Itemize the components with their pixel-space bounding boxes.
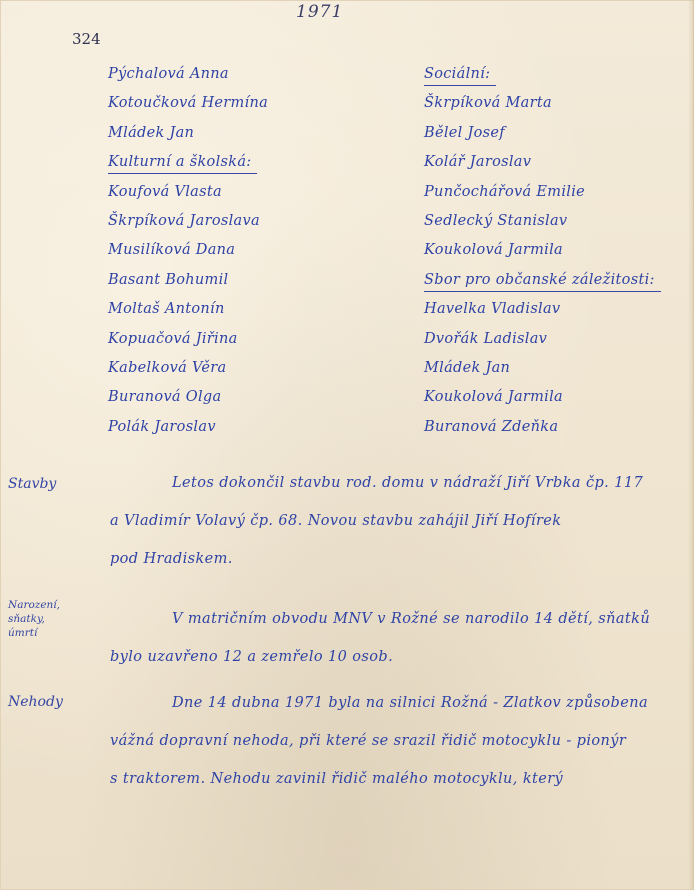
civic-affairs-heading: Sbor pro občanské záležitosti: (424, 269, 661, 292)
list-item: Kabelková Věra (108, 354, 268, 383)
list-item: Buranová Zdeňka (424, 413, 661, 442)
list-item: Musilíková Dana (108, 236, 268, 265)
chronicle-page: 1971 324 Pýchalová Anna Kotoučková Hermí… (0, 0, 694, 890)
list-item: Kolář Jaroslav (424, 148, 661, 177)
list-item: Škrpíková Marta (424, 89, 661, 118)
buildings-paragraph: Letos dokončil stavbu rod. domu v nádraž… (110, 464, 670, 578)
paragraph-line: Letos dokončil stavbu rod. domu v nádraž… (110, 464, 670, 502)
list-item: Koukolová Jarmila (424, 383, 661, 412)
paragraph-line: Dne 14 dubna 1971 byla na silnici Rožná … (110, 684, 670, 722)
paragraph-line: vážná dopravní nehoda, při které se sraz… (110, 722, 670, 760)
buildings-margin-label: Stavby (8, 476, 56, 492)
paragraph-line: bylo uzavřeno 12 a zemřelo 10 osob. (110, 638, 670, 676)
list-item: Havelka Vladislav (424, 295, 661, 324)
list-item: Koufová Vlasta (108, 178, 268, 207)
page-number: 324 (72, 30, 101, 48)
births-paragraph: V matričním obvodu MNV v Rožné se narodi… (110, 600, 670, 676)
right-name-column: Sociální: Škrpíková Marta Bělel Josef Ko… (424, 60, 661, 442)
list-item: Punčochářová Emilie (424, 178, 661, 207)
paragraph-line: pod Hradiskem. (110, 540, 670, 578)
page-year: 1971 (296, 2, 343, 22)
list-item: Škrpíková Jaroslava (108, 207, 268, 236)
paragraph-line: V matričním obvodu MNV v Rožné se narodi… (110, 600, 670, 638)
accidents-paragraph: Dne 14 dubna 1971 byla na silnici Rožná … (110, 684, 670, 798)
list-item: Kotoučková Hermína (108, 89, 268, 118)
births-margin-label: Narození, sňatky, úmrtí (8, 598, 68, 640)
list-item: Buranová Olga (108, 383, 268, 412)
list-item: Mládek Jan (108, 119, 268, 148)
paragraph-line: a Vladimír Volavý čp. 68. Novou stavbu z… (110, 502, 670, 540)
list-item: Moltaš Antonín (108, 295, 268, 324)
list-item: Pýchalová Anna (108, 60, 268, 89)
list-item: Mládek Jan (424, 354, 661, 383)
list-item: Polák Jaroslav (108, 413, 268, 442)
culture-committee-heading: Kulturní a školská: (108, 151, 257, 174)
list-item: Dvořák Ladislav (424, 325, 661, 354)
list-item: Sedlecký Stanislav (424, 207, 661, 236)
social-committee-heading: Sociální: (424, 63, 496, 86)
paragraph-line: s traktorem. Nehodu zavinil řidič malého… (110, 760, 670, 798)
accidents-margin-label: Nehody (8, 694, 63, 710)
left-name-column: Pýchalová Anna Kotoučková Hermína Mládek… (108, 60, 268, 442)
list-item: Kopuačová Jiřina (108, 325, 268, 354)
list-item: Basant Bohumil (108, 266, 268, 295)
list-item: Koukolová Jarmila (424, 236, 661, 265)
list-item: Bělel Josef (424, 119, 661, 148)
